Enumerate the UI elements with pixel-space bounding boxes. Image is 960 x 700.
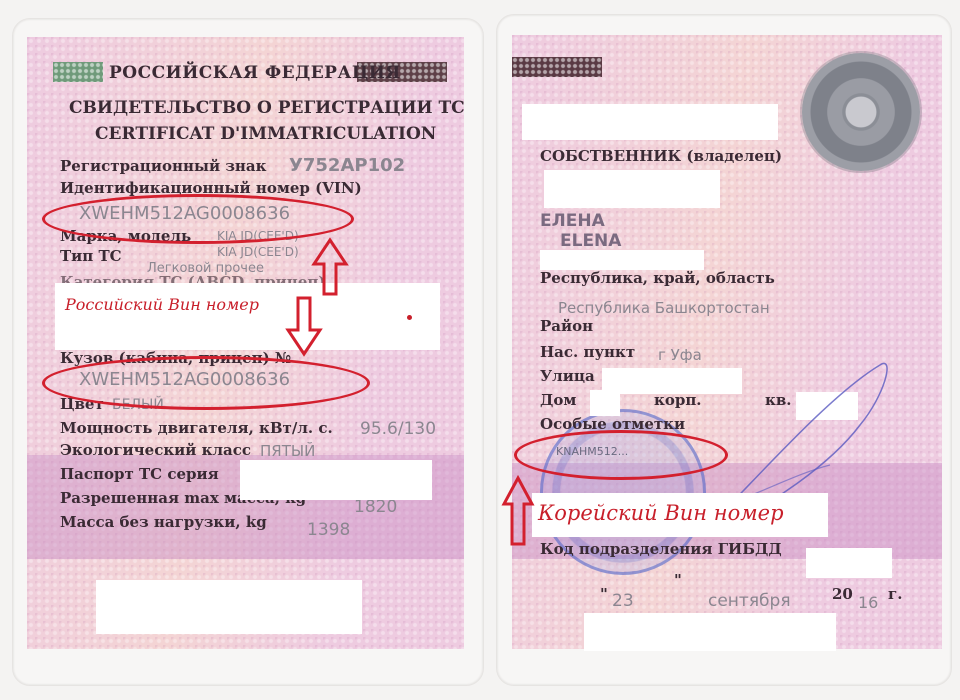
redacted-passport-series (240, 460, 432, 500)
reg-sign-value: У752АР102 (289, 155, 405, 176)
green-ornament (53, 62, 103, 82)
redacted-signature (584, 613, 836, 651)
redacted-signature-area (96, 580, 362, 634)
owner-name-ru: ЕЛЕНА (540, 211, 605, 231)
gibdd-code-label: Код подразделения ГИБДД (540, 540, 782, 558)
date-year: 16 (858, 593, 878, 612)
date-open-quote: " (600, 585, 608, 603)
date-day: 23 (612, 591, 634, 611)
power-value: 95.6/130 (360, 419, 436, 439)
russian-vin-annotation: Российский Вин номер (55, 283, 440, 350)
region-label: Республика, край, область (540, 269, 775, 287)
arrow-up-icon (310, 238, 350, 298)
eco-class-label: Экологический класс (60, 441, 251, 459)
title-ru: СВИДЕТЕЛЬСТВО О РЕГИСТРАЦИИ ТС (69, 98, 464, 118)
reg-sign-label: Регистрационный знак (60, 157, 266, 175)
redacted-owner-patronymic (540, 250, 704, 270)
country-header: РОССИЙСКАЯ ФЕДЕРАЦИЯ (109, 63, 401, 83)
korean-vin-highlight-ellipse (514, 430, 728, 480)
date-close-quote: " (674, 571, 682, 589)
house-label: Дом (540, 391, 576, 409)
type-value-model: KIA JD(CEE'D) (217, 245, 299, 259)
hologram-seal (802, 53, 920, 171)
body-number-highlight-ellipse (42, 356, 370, 410)
eco-class-value: ПЯТЫЙ (260, 442, 315, 460)
russian-vin-annotation-text: Российский Вин номер (65, 295, 259, 314)
red-dot (407, 315, 412, 320)
date-suffix: г. (888, 585, 902, 603)
redacted-gibdd-code (806, 548, 892, 578)
empty-mass-label: Масса без нагрузки, kg (60, 513, 267, 531)
type-label: Тип ТС (60, 247, 122, 265)
power-label: Мощность двигателя, кВт/л. с. (60, 419, 333, 437)
title-fr: CERTIFICAT D'IMMATRICULATION (95, 124, 436, 144)
district-label: Район (540, 317, 593, 335)
owner-label: СОБСТВЕННИК (владелец) (540, 147, 782, 165)
arrow-up-icon (500, 476, 536, 548)
date-century: 20 (832, 585, 853, 603)
korean-vin-annotation-text: Корейский Вин номер (538, 501, 784, 525)
passport-label: Паспорт ТС серия (60, 465, 219, 483)
korean-vin-annotation: Корейский Вин номер (532, 493, 828, 537)
street-label: Улица (540, 367, 595, 385)
vin-highlight-ellipse (42, 194, 354, 244)
region-value: Республика Башкортостан (558, 299, 770, 317)
date-month: сентября (708, 591, 791, 611)
empty-mass-value: 1398 (307, 520, 350, 540)
redacted-owner-surname (544, 170, 720, 208)
redacted-header (522, 104, 778, 140)
owner-name-en: ELENA (560, 231, 621, 251)
brown-ornament (512, 57, 602, 77)
locality-label: Нас. пункт (540, 343, 635, 361)
max-mass-value: 1820 (354, 497, 397, 517)
arrow-down-icon (284, 296, 324, 356)
redacted-house (590, 390, 620, 416)
